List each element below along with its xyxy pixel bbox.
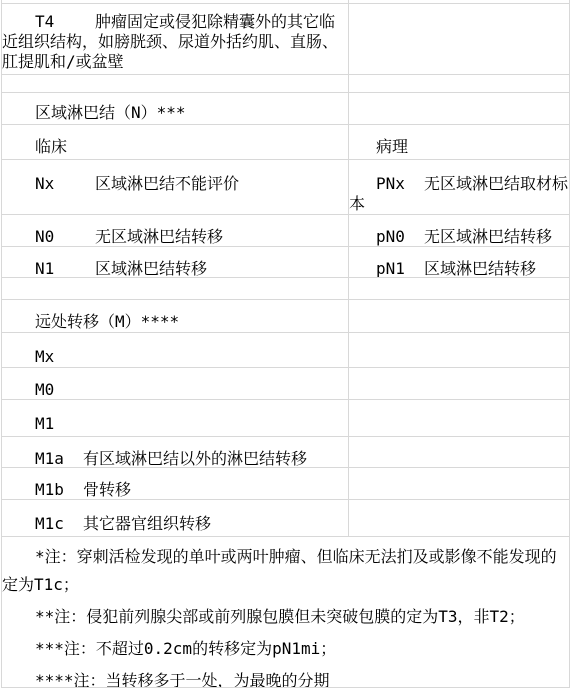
table-row-empty [2,75,569,93]
clinical-header: 临床 [2,137,348,157]
cell-left [2,0,349,3]
t4-entry: T4肿瘤固定或侵犯除精囊外的其它临近组织结构，如膀胱颈、尿道外括约肌、直肠、肛提… [2,12,348,72]
stage-code: pN1 [376,259,424,277]
cell-right [349,400,569,436]
footnote-1: *注：穿刺活检发现的单叶或两叶肿瘤、但临床无法扪及或影像不能发现的定为T1c； [2,543,569,599]
m1a-entry: M1a有区域淋巴结以外的淋巴结转移 [2,449,348,467]
table-row-t4: T4肿瘤固定或侵犯除精囊外的其它临近组织结构，如膀胱颈、尿道外括约肌、直肠、肛提… [2,4,569,75]
stage-code: M1a [35,449,83,467]
cell-right [349,300,569,332]
stage-code: PNx [376,174,424,194]
cell-pn0: pN0无区域淋巴结转移 [349,215,569,246]
stage-desc: 区域淋巴结不能评价 [95,174,239,193]
m1-entry: M1 [2,414,348,434]
stage-code: M1 [35,414,95,434]
table-row-m1b: M1b骨转移 [2,468,569,500]
cell-n1: N1区域淋巴结转移 [2,247,349,277]
table-row-m-header: 远处转移（M）**** [2,300,569,333]
stage-code: T4 [35,12,95,32]
stage-code: M1c [35,514,83,534]
section-title-m: 远处转移（M）**** [2,312,348,332]
stage-desc: 区域淋巴结转移 [424,259,536,277]
table-row-m1c: M1c其它器官组织转移 [2,500,569,537]
cell-pn1: pN1区域淋巴结转移 [349,247,569,277]
footnotes-cell: *注：穿刺活检发现的单叶或两叶肿瘤、但临床无法扪及或影像不能发现的定为T1c； … [2,537,569,687]
cell-pathology-header: 病理 [349,125,569,159]
cell-right [349,437,569,467]
document-page: T4肿瘤固定或侵犯除精囊外的其它临近组织结构，如膀胱颈、尿道外括约肌、直肠、肛提… [0,0,577,693]
cell-n0: N0无区域淋巴结转移 [2,215,349,246]
table-row-mx: Mx [2,333,569,368]
section-title-n: 区域淋巴结（N）*** [2,103,348,123]
cell-n-header: 区域淋巴结（N）*** [2,93,349,124]
stage-desc: 无区域淋巴结转移 [95,227,223,246]
cell-right [349,4,569,74]
cell-right [349,500,569,536]
m1c-entry: M1c其它器官组织转移 [2,514,348,534]
stage-code: M1b [35,480,83,499]
stage-code: Nx [35,174,95,194]
pnx-entry: PNx无区域淋巴结取材标本 [349,174,569,214]
stage-code: pN0 [376,227,424,246]
m0-entry: M0 [2,380,348,399]
table-row-col-headers: 临床 病理 [2,125,569,160]
cell-right [349,368,569,399]
mx-entry: Mx [2,347,348,367]
table-row-m1a: M1a有区域淋巴结以外的淋巴结转移 [2,437,569,468]
cell-nx: Nx区域淋巴结不能评价 [2,160,349,214]
stage-desc: 无区域淋巴结转移 [424,227,552,246]
table-row-nx: Nx区域淋巴结不能评价 PNx无区域淋巴结取材标本 [2,160,569,215]
cell-m1b: M1b骨转移 [2,468,349,499]
stage-code: M0 [35,380,95,399]
table-row-footnotes: *注：穿刺活检发现的单叶或两叶肿瘤、但临床无法扪及或影像不能发现的定为T1c； … [2,537,569,688]
pathology-header: 病理 [349,137,569,157]
stage-desc: 骨转移 [83,480,131,499]
cell-m0: M0 [2,368,349,399]
cell-right [349,75,569,92]
table-row-n1: N1区域淋巴结转移 pN1区域淋巴结转移 [2,247,569,278]
stage-code: N0 [35,227,95,246]
table-row-n0: N0无区域淋巴结转移 pN0无区域淋巴结转移 [2,215,569,247]
stage-desc: 有区域淋巴结以外的淋巴结转移 [83,449,307,467]
table-row-m1: M1 [2,400,569,437]
staging-table: T4肿瘤固定或侵犯除精囊外的其它临近组织结构，如膀胱颈、尿道外括约肌、直肠、肛提… [1,0,570,688]
cell-right [349,278,569,299]
cell-t4: T4肿瘤固定或侵犯除精囊外的其它临近组织结构，如膀胱颈、尿道外括约肌、直肠、肛提… [2,4,349,74]
nx-entry: Nx区域淋巴结不能评价 [2,174,348,194]
cell-right [349,93,569,124]
table-row-empty [2,278,569,300]
cell-m1c: M1c其它器官组织转移 [2,500,349,536]
table-row-n-header: 区域淋巴结（N）*** [2,93,569,125]
cell-left [2,75,349,92]
cell-m1a: M1a有区域淋巴结以外的淋巴结转移 [2,437,349,467]
cell-m1: M1 [2,400,349,436]
n1-entry: N1区域淋巴结转移 [2,259,348,277]
cell-clinical-header: 临床 [2,125,349,159]
footnote-4: ****注：当转移多于一处，为最晚的分期 [2,667,569,687]
cell-m-header: 远处转移（M）**** [2,300,349,332]
cell-pnx: PNx无区域淋巴结取材标本 [349,160,569,214]
cell-left [2,278,349,299]
cell-right [349,0,569,3]
footnote-3: ***注：不超过0.2cm的转移定为pN1mi； [2,635,569,663]
pn0-entry: pN0无区域淋巴结转移 [349,227,569,246]
cell-right [349,468,569,499]
footnote-2: **注：侵犯前列腺尖部或前列腺包膜但未突破包膜的定为T3，非T2； [2,603,569,631]
cell-right [349,333,569,367]
cell-mx: Mx [2,333,349,367]
m1b-entry: M1b骨转移 [2,480,348,499]
stage-code: N1 [35,259,95,277]
stage-desc: 区域淋巴结转移 [95,259,207,277]
table-row-m0: M0 [2,368,569,400]
n0-entry: N0无区域淋巴结转移 [2,227,348,246]
stage-code: Mx [35,347,95,367]
stage-desc: 其它器官组织转移 [83,514,211,533]
pn1-entry: pN1区域淋巴结转移 [349,259,569,277]
